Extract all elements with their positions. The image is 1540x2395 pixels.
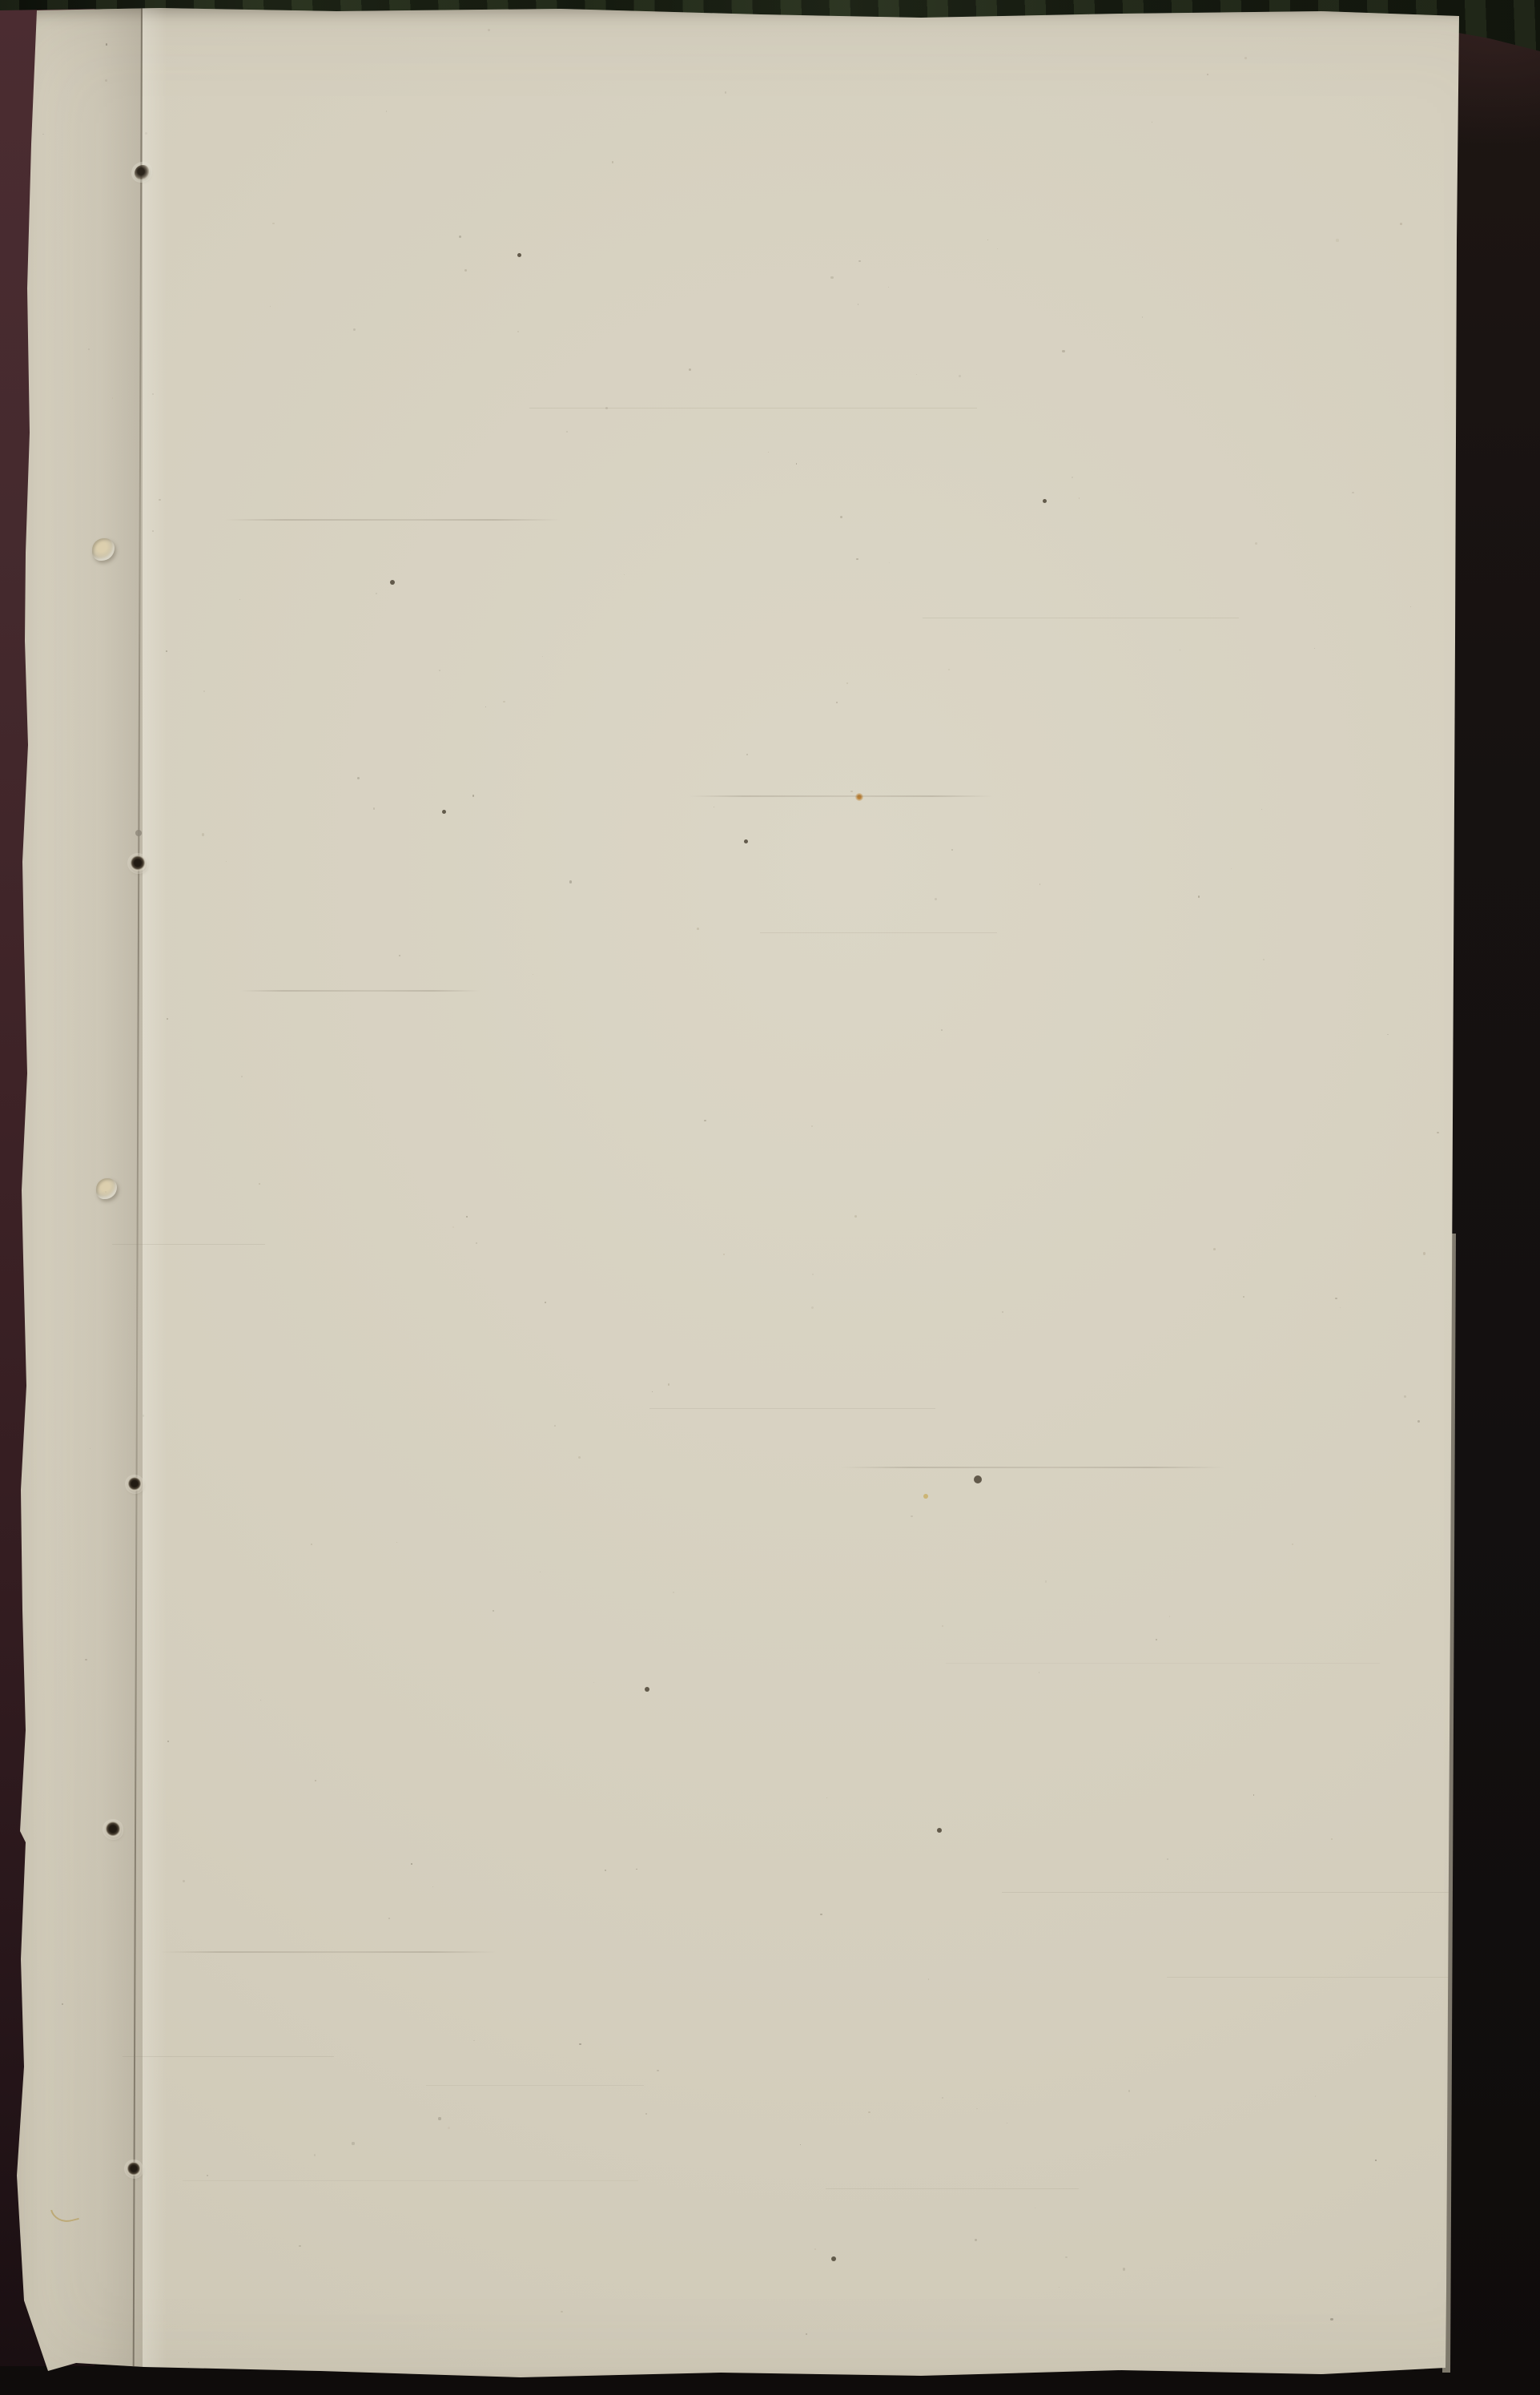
paper-grain-speck xyxy=(941,1029,943,1031)
paper-grain-speck xyxy=(566,431,568,433)
paper-grain-speck xyxy=(452,1226,454,1228)
paper-grain-speck xyxy=(533,974,533,975)
paper-grain-speck xyxy=(1035,2208,1035,2208)
paper-grain-speck xyxy=(459,235,461,238)
paper-grain-speck xyxy=(578,1456,581,1459)
paper-grain-speck xyxy=(1072,477,1073,478)
paper-grain-speck xyxy=(569,880,572,883)
paper-grain-speck xyxy=(1423,1252,1425,1254)
paper-grain-speck xyxy=(260,1700,261,1701)
paper-grain-speck xyxy=(1314,648,1315,649)
paper-grain-speck xyxy=(858,304,859,305)
paper-grain-streak xyxy=(1167,1977,1482,1978)
paper-grain-speck xyxy=(352,2142,354,2144)
paper-grain-speck xyxy=(432,1886,433,1887)
paper-grain-speck xyxy=(854,1215,857,1218)
paper-grain-speck xyxy=(299,2245,300,2247)
paper-grain-speck xyxy=(858,260,861,263)
paper-grain-speck xyxy=(796,463,798,465)
paper-grain-speck xyxy=(241,1076,243,1077)
paper-grain-speck xyxy=(542,656,543,657)
paper-grain-speck xyxy=(203,690,205,692)
paper-grain-speck xyxy=(814,2248,816,2250)
scratch xyxy=(689,795,993,797)
speck-dark xyxy=(517,253,521,257)
scratch xyxy=(160,1951,497,1953)
fold-highlight xyxy=(143,0,167,2395)
paper-grain-speck xyxy=(259,1183,260,1185)
paper-grain-speck xyxy=(1039,1672,1039,1672)
paper-grain-speck xyxy=(928,1978,930,1980)
paper-grain-speck xyxy=(935,898,937,900)
paper-grain-speck xyxy=(353,328,356,331)
paper-grain-speck xyxy=(488,29,490,31)
paper-grain-speck xyxy=(1079,497,1080,499)
paper-grain-speck xyxy=(1059,2287,1060,2288)
paper-grain-speck xyxy=(846,682,848,684)
paper-grain-speck xyxy=(826,1797,827,1798)
scratch xyxy=(224,519,561,521)
paper-grain-speck xyxy=(636,1869,637,1870)
paper-grain-speck xyxy=(1331,1838,1332,1839)
paper-grain-speck xyxy=(768,452,769,453)
speck-dark xyxy=(831,2256,836,2261)
paper-grain-speck xyxy=(439,670,440,671)
paper-grain-streak xyxy=(529,408,976,409)
paper-grain-speck xyxy=(812,1274,814,1275)
paper-grain-speck xyxy=(1088,14,1089,15)
paper-grain-speck xyxy=(473,2040,475,2042)
paper-grain-streak xyxy=(826,2188,1079,2189)
paper-grain-speck xyxy=(976,2108,978,2110)
paper-grain-speck xyxy=(579,2043,581,2046)
scratch xyxy=(240,990,480,991)
paper-grain-streak xyxy=(946,1663,1379,1664)
paper-grain-speck xyxy=(472,795,475,797)
speck-dark xyxy=(974,1475,982,1483)
paper-grain-speck xyxy=(1437,1132,1439,1134)
paper-grain-streak xyxy=(426,2085,645,2086)
paper-grain-speck xyxy=(911,1515,912,1517)
paper-grain-speck xyxy=(1255,542,1257,545)
paper-grain-speck xyxy=(723,1254,725,1255)
paper-grain-speck xyxy=(357,777,360,779)
paper-grain-speck xyxy=(466,1216,468,1218)
paper-grain-speck xyxy=(806,2333,808,2336)
paper-grain-speck xyxy=(856,558,858,560)
paper-grain-speck xyxy=(1062,350,1064,352)
paper-grain-speck xyxy=(830,276,833,279)
paper-grain-speck xyxy=(1167,1858,1168,1860)
paper-grain-speck xyxy=(811,1306,814,1309)
paper-grain-speck xyxy=(1417,1420,1420,1423)
paper-grain-speck xyxy=(272,223,275,225)
paper-grain-streak xyxy=(1002,1892,1502,1893)
paper-grain-speck xyxy=(704,1120,706,1121)
paper-grain-speck xyxy=(1213,1248,1216,1250)
paper-grain-speck xyxy=(836,702,838,703)
speck-dark xyxy=(744,839,748,843)
speck-dark xyxy=(937,1828,942,1833)
paper-grain-speck xyxy=(399,955,400,956)
paper-grain-speck xyxy=(396,1542,398,1544)
paper-grain-streak xyxy=(760,932,997,933)
paper-grain-speck xyxy=(1404,1395,1406,1398)
speck-dark xyxy=(1043,499,1047,503)
paper-grain-speck xyxy=(239,599,240,600)
paper-grain-speck xyxy=(183,1880,185,1882)
paper-grain-speck xyxy=(314,2154,316,2155)
paper-grain-speck xyxy=(975,2239,976,2240)
paper-grain-speck xyxy=(697,928,699,930)
paper-grain-speck xyxy=(545,1302,546,1303)
paper-grain-speck xyxy=(1128,2090,1131,2092)
paper-grain-speck xyxy=(689,368,691,371)
paper-grain-speck xyxy=(1142,316,1143,317)
paper-grain-speck xyxy=(386,111,387,111)
paper-grain-speck xyxy=(987,239,988,240)
paper-grain-speck xyxy=(1243,1296,1244,1298)
paper-grain-speck xyxy=(561,2311,562,2312)
paper-grain-speck xyxy=(942,1625,943,1627)
paper-grain-speck xyxy=(811,1125,813,1127)
paper-grain-speck xyxy=(800,2144,801,2145)
paper-grain-speck xyxy=(503,701,505,703)
paper-grain-speck xyxy=(517,331,519,332)
gutter-fold-shadow xyxy=(46,0,143,2395)
paper-grain-speck xyxy=(1335,1298,1337,1299)
paper-grain-speck xyxy=(1340,1307,1341,1309)
paper-grain-speck xyxy=(1315,2095,1317,2097)
paper-grain-speck xyxy=(1207,74,1208,75)
paper-grain-speck xyxy=(997,248,998,249)
paper-grain-speck xyxy=(438,2117,440,2119)
paper-grain-speck xyxy=(188,2362,189,2363)
paper-grain-speck xyxy=(167,1018,167,1019)
paper-grain-speck xyxy=(1039,884,1040,884)
fox-stain-orange xyxy=(855,793,863,801)
paper-grain-speck xyxy=(476,1242,477,1244)
paper-grain-speck xyxy=(540,1572,541,1572)
paper-grain-speck xyxy=(746,754,748,755)
paper-grain-speck xyxy=(554,1425,556,1427)
paper-grain-speck xyxy=(1231,868,1232,869)
paper-grain-speck xyxy=(725,91,727,94)
paper-grain-speck xyxy=(1045,1580,1047,1582)
paper-grain-streak xyxy=(183,2180,638,2181)
paper-grain-speck xyxy=(1292,1544,1293,1545)
paper-grain-speck xyxy=(1198,896,1200,897)
paper-grain-speck xyxy=(888,287,889,288)
paper-grain-speck xyxy=(652,1391,653,1392)
paper-grain-streak xyxy=(649,1408,935,1409)
paper-grain-speck xyxy=(916,374,917,375)
paper-grain-speck xyxy=(493,1610,494,1612)
paper-grain-speck xyxy=(1244,57,1246,58)
paper-grain-speck xyxy=(850,791,852,792)
paper-grain-speck xyxy=(959,375,961,377)
paper-grain-speck xyxy=(270,306,271,307)
paper-grain-speck xyxy=(485,706,486,707)
paper-grain-speck xyxy=(889,562,890,563)
paper-grain-speck xyxy=(1387,1034,1389,1036)
paper-grain-speck xyxy=(464,269,467,272)
paper-grain-speck xyxy=(1007,2123,1007,2123)
paper-grain-speck xyxy=(1123,2268,1125,2270)
paper-grain-speck xyxy=(1180,650,1180,650)
paper-grain-speck xyxy=(1410,606,1411,607)
paper-grain-speck xyxy=(624,574,625,575)
paper-grain-speck xyxy=(612,161,613,163)
paper-grain-speck xyxy=(411,1863,412,1865)
speck-yellow xyxy=(923,1494,928,1499)
paper-grain-speck xyxy=(207,2175,208,2176)
paper-grain-speck xyxy=(645,2113,647,2115)
paper-grain-speck xyxy=(1336,239,1338,241)
paper-grain-speck xyxy=(951,849,953,851)
speck-dark xyxy=(442,810,446,814)
paper-grain-speck xyxy=(1263,959,1265,960)
paper-grain-speck xyxy=(315,1780,316,1781)
paper-grain-speck xyxy=(948,669,950,670)
paper-grain-speck xyxy=(840,516,842,518)
paper-grain-speck xyxy=(868,2111,870,2113)
speck-dark xyxy=(645,1687,649,1692)
paper-grain-speck xyxy=(42,134,44,135)
paper-grain-speck xyxy=(226,861,227,862)
paper-grain-speck xyxy=(1152,122,1152,123)
scratch xyxy=(841,1467,1225,1468)
book-scan-photo xyxy=(0,0,1540,2395)
paper-grain-speck xyxy=(1261,809,1262,810)
paper-grain-speck xyxy=(311,1544,312,1545)
paper-grain-speck xyxy=(1169,1616,1171,1617)
paper-grain-speck xyxy=(942,2097,943,2099)
paper-grain-speck xyxy=(1156,1639,1157,1640)
paper-grain-speck xyxy=(202,833,204,835)
paper-grain-speck xyxy=(820,1914,822,1916)
paper-grain-speck xyxy=(1400,223,1402,225)
blank-book-page xyxy=(0,0,1540,2395)
paper-grain-speck xyxy=(668,1383,670,1386)
paper-grain-speck xyxy=(448,2127,450,2129)
paper-grain-streak xyxy=(923,618,1239,618)
paper-grain-speck xyxy=(388,1918,390,1919)
paper-grain-speck xyxy=(605,1870,607,1872)
paper-grain-speck xyxy=(376,593,377,594)
paper-grain-speck xyxy=(714,807,714,807)
speck-dark xyxy=(390,580,395,585)
paper-grain-speck xyxy=(1330,2318,1333,2321)
paper-grain-speck xyxy=(1065,2256,1068,2259)
paper-grain-speck xyxy=(167,1741,169,1742)
paper-grain-speck xyxy=(657,2070,658,2071)
paper-grain-speck xyxy=(373,807,375,809)
paper-grain-speck xyxy=(1002,1311,1003,1313)
paper-grain-speck xyxy=(605,407,608,409)
paper-grain-speck xyxy=(593,1682,594,1683)
paper-grain-speck xyxy=(673,1592,675,1594)
paper-grain-speck xyxy=(1375,2160,1377,2161)
paper-grain-speck xyxy=(1253,1794,1254,1795)
paper-grain-speck xyxy=(1352,492,1354,494)
